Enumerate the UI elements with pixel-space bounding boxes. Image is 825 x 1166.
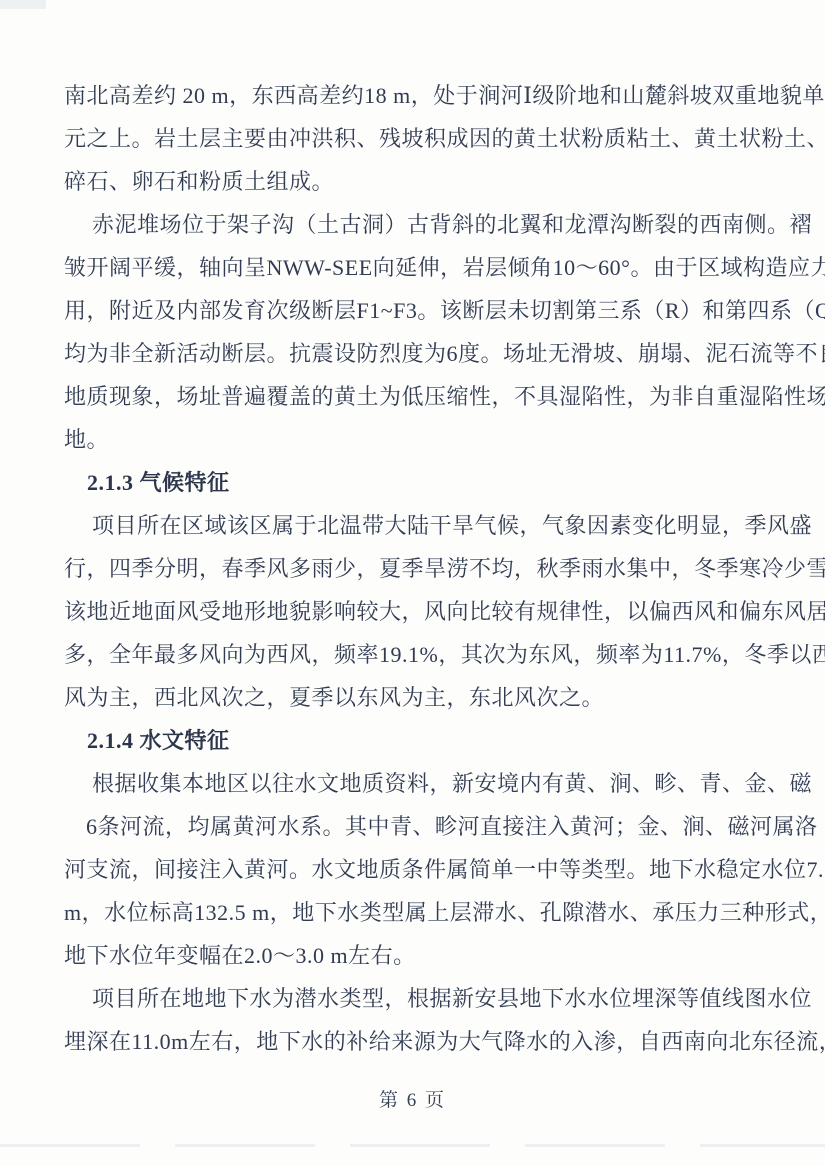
- text-line: 用，附近及内部发育次级断层F1~F3。该断层未切割第三系（R）和第四系（Q），: [64, 289, 785, 332]
- text-line: m，水位标高132.5 m，地下水类型属上层滞水、孔隙潜水、承压力三种形式，: [64, 891, 785, 934]
- section-heading: 2.1.3 气候特征: [64, 461, 785, 504]
- text-line: 皱开阔平缓，轴向呈NWW-SEE向延伸，岩层倾角10～60°。由于区域构造应力作: [64, 246, 785, 289]
- text-line: 6条河流，均属黄河水系。其中青、畛河直接注入黄河；金、涧、磁河属洛: [64, 805, 785, 848]
- text-line: 2.1.3 气候特征: [64, 461, 785, 504]
- text-line: 地。: [64, 418, 785, 461]
- document-body: 南北高差约 20 m，东西高差约18 m，处于涧河Ⅰ级阶地和山麓斜坡双重地貌单元…: [64, 74, 785, 1063]
- text-line: 项目所在区域该区属于北温带大陆干旱气候，气象因素变化明显，季风盛: [64, 504, 785, 547]
- text-line: 南北高差约 20 m，东西高差约18 m，处于涧河Ⅰ级阶地和山麓斜坡双重地貌单: [64, 74, 785, 117]
- text-line: 赤泥堆场位于架子沟（土古洞）古背斜的北翼和龙潭沟断裂的西南侧。褶: [64, 203, 785, 246]
- text-line: 行，四季分明，春季风多雨少，夏季旱涝不均，秋季雨水集中，冬季寒冷少雪。: [64, 547, 785, 590]
- paragraph: 赤泥堆场位于架子沟（土古洞）古背斜的北翼和龙潭沟断裂的西南侧。褶皱开阔平缓，轴向…: [64, 203, 785, 461]
- text-line: 均为非全新活动断层。抗震设防烈度为6度。场址无滑坡、崩塌、泥石流等不良: [64, 332, 785, 375]
- scan-artifact-top-left: [0, 0, 46, 9]
- section-heading: 2.1.4 水文特征: [64, 719, 785, 762]
- paragraph: 项目所在地地下水为潜水类型，根据新安县地下水水位埋深等值线图水位埋深在11.0m…: [64, 977, 785, 1063]
- text-line: 风为主，西北风次之，夏季以东风为主，东北风次之。: [64, 676, 785, 719]
- text-line: 项目所在地地下水为潜水类型，根据新安县地下水水位埋深等值线图水位: [64, 977, 785, 1020]
- text-line: 地下水位年变幅在2.0～3.0 m左右。: [64, 934, 785, 977]
- text-line: 多，全年最多风向为西风，频率19.1%，其次为东风，频率为11.7%，冬季以西: [64, 633, 785, 676]
- text-line: 元之上。岩土层主要由冲洪积、残坡积成因的黄土状粉质粘土、黄土状粉土、: [64, 117, 785, 160]
- paragraph: 南北高差约 20 m，东西高差约18 m，处于涧河Ⅰ级阶地和山麓斜坡双重地貌单元…: [64, 74, 785, 203]
- scan-artifact-bottom-shadow: [0, 1144, 825, 1147]
- text-line: 地质现象，场址普遍覆盖的黄土为低压缩性，不具湿陷性，为非自重湿陷性场: [64, 375, 785, 418]
- text-line: 河支流，间接注入黄河。水文地质条件属简单一中等类型。地下水稳定水位7.3: [64, 848, 785, 891]
- scanned-document-page: { "colors": { "ink": "#313b52", "paper":…: [0, 0, 825, 1166]
- page-number-footer: 第 6 页: [0, 1087, 825, 1115]
- text-line: 碎石、卵石和粉质土组成。: [64, 160, 785, 203]
- text-line: 该地近地面风受地形地貌影响较大，风向比较有规律性，以偏西风和偏东风居: [64, 590, 785, 633]
- paragraph: 项目所在区域该区属于北温带大陆干旱气候，气象因素变化明显，季风盛行，四季分明，春…: [64, 504, 785, 719]
- text-line: 根据收集本地区以往水文地质资料，新安境内有黄、涧、畛、青、金、磁: [64, 762, 785, 805]
- text-line: 2.1.4 水文特征: [64, 719, 785, 762]
- paragraph: 根据收集本地区以往水文地质资料，新安境内有黄、涧、畛、青、金、磁6条河流，均属黄…: [64, 762, 785, 977]
- text-line: 埋深在11.0m左右，地下水的补给来源为大气降水的入渗，自西南向北东径流，: [64, 1020, 785, 1063]
